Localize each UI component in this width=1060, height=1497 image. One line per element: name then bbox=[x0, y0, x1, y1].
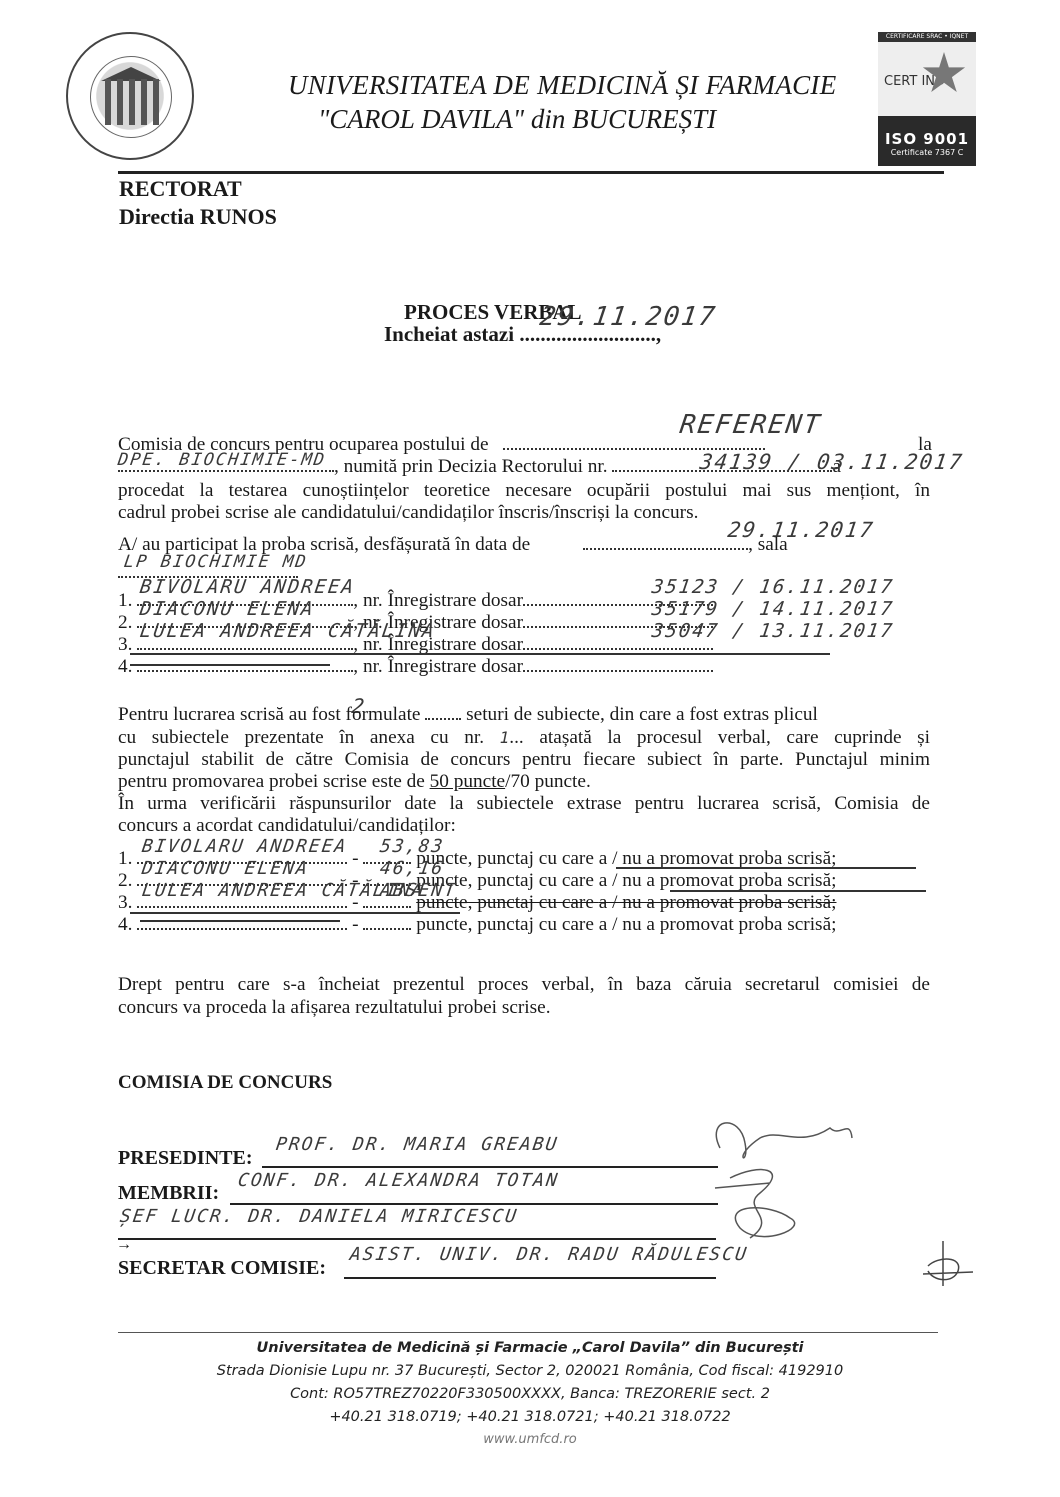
iso-standard: ISO 9001 bbox=[878, 130, 976, 148]
footer-university: Universitatea de Medicină și Farmacie „C… bbox=[0, 1340, 1060, 1356]
para2-line3: punctajul stabilit de către Comisia de c… bbox=[118, 749, 930, 771]
blank-strike-line bbox=[140, 920, 340, 922]
registration-label: , nr. Înregistrare dosar bbox=[353, 656, 523, 677]
text: cu subiectele prezentate în anexa cu nr. bbox=[118, 727, 484, 748]
result-outcome: puncte, punctaj cu care a / nu a promova… bbox=[416, 892, 836, 913]
university-seal-logo bbox=[66, 32, 194, 160]
closing-line1: Drept pentru care s-a încheiat prezentul… bbox=[118, 974, 930, 996]
candidate-name-field bbox=[137, 670, 353, 672]
result-row: 4. - puncte, punctaj cu care a / nu a pr… bbox=[118, 914, 836, 936]
secretary-line bbox=[344, 1277, 716, 1279]
candidate-row: 4. , nr. Înregistrare dosar bbox=[118, 656, 713, 678]
candidate-number: 1. bbox=[118, 590, 132, 611]
department-field bbox=[118, 470, 334, 472]
registration-field bbox=[523, 648, 713, 650]
para2-line4: pentru promovarea probei scrise este de … bbox=[118, 771, 591, 793]
sets-field bbox=[425, 718, 461, 720]
candidate-number: 3. bbox=[118, 634, 132, 655]
candidate-name-handwritten: BIVOLARU ANDREEA bbox=[138, 576, 356, 598]
para1-line4: cadrul probei scrise ale candidatului/ca… bbox=[118, 502, 698, 524]
score-field bbox=[363, 928, 411, 930]
min-score: 50 puncte bbox=[430, 771, 506, 792]
outcome-options: a / nu a promovat proba scrisă; bbox=[599, 914, 837, 935]
outcome-options: a / nu a promovat proba scrisă; bbox=[599, 870, 837, 891]
decision-handwritten: 34139 / 03.11.2017 bbox=[698, 450, 965, 474]
candidate-name-field bbox=[137, 648, 353, 650]
cert-number: Certificate 7367 C bbox=[878, 148, 976, 157]
registration-handwritten: 35047 / 13.11.2017 bbox=[650, 620, 895, 642]
registration-field bbox=[523, 670, 713, 672]
result-outcome: puncte, punctaj cu care a / nu a promova… bbox=[416, 870, 836, 891]
blank-strike-line bbox=[130, 664, 330, 666]
secretary-name: ASIST. UNIV. DR. RADU RĂDULESCU bbox=[349, 1244, 750, 1265]
concluded-label: Incheiat astazi bbox=[384, 322, 514, 346]
footer-website[interactable]: www.umfcd.ro bbox=[0, 1432, 1060, 1447]
para2-line5: În urma verificării răspunsurilor date l… bbox=[118, 793, 930, 815]
president-line bbox=[262, 1166, 718, 1168]
para1-line3: procedat la testarea cunoștiințelor teor… bbox=[118, 480, 930, 502]
result-number: 4. bbox=[118, 914, 132, 935]
result-name-handwritten: BIVOLARU ANDREEA bbox=[141, 836, 349, 857]
room-handwritten: LP BIOCHIMIE MD bbox=[123, 552, 309, 572]
outcome-options: a / nu a promovat proba scrisă; bbox=[599, 892, 837, 913]
para2-line1: Pentru lucrarea scrisă au fost formulate… bbox=[118, 704, 818, 726]
text: puncte, punctaj cu care bbox=[416, 914, 594, 935]
secretary-signature bbox=[918, 1236, 978, 1296]
registration-label: , nr. Înregistrare dosar bbox=[353, 590, 523, 611]
para2-line2: cu subiectele prezentate în anexa cu nr.… bbox=[118, 727, 930, 749]
score-handwritten: 53,83 bbox=[379, 836, 446, 857]
max-score: /70 puncte. bbox=[505, 771, 591, 792]
university-name-line1: UNIVERSITATEA DE MEDICINĂ ȘI FARMACIE bbox=[288, 70, 837, 101]
result-outcome: puncte, punctaj cu care a / nu a promova… bbox=[416, 848, 836, 869]
text: pentru promovarea probei scrise este de bbox=[118, 771, 425, 792]
score-handwritten: ABSENT bbox=[379, 880, 459, 901]
arrow-mark: → bbox=[116, 1236, 132, 1254]
result-name-field bbox=[137, 906, 347, 908]
university-name-line2: "CAROL DAVILA" din BUCUREȘTI bbox=[318, 104, 716, 135]
row3-underline bbox=[130, 653, 830, 655]
row2-underline bbox=[670, 890, 926, 892]
footer-account: Cont: RO57TREZ70220F330500XXXX, Banca: T… bbox=[0, 1386, 1060, 1402]
registration-handwritten: 35179 / 14.11.2017 bbox=[650, 598, 895, 620]
result-outcome: puncte, punctaj cu care a / nu a promova… bbox=[416, 914, 836, 935]
text: atașată la procesul verbal, care cuprind… bbox=[539, 727, 930, 748]
closing-line2: concurs va proceda la afișarea rezultatu… bbox=[118, 997, 551, 1019]
commission-heading: COMISIA DE CONCURS bbox=[118, 1072, 332, 1094]
annex-handwritten: 1 bbox=[500, 728, 510, 747]
text: , numită prin Decizia Rectorului nr. bbox=[334, 456, 608, 477]
department-label: RECTORAT bbox=[119, 176, 242, 202]
text: Pentru lucrarea scrisă au fost formulate bbox=[118, 704, 420, 725]
row1-underline bbox=[616, 867, 916, 869]
score-handwritten: 46,16 bbox=[379, 858, 446, 879]
text: seturi de subiecte, din care a fost extr… bbox=[466, 704, 818, 725]
para2-line6: concurs a acordat candidatului/candidați… bbox=[118, 815, 456, 837]
candidate-number: 2. bbox=[118, 612, 132, 633]
signature-scribble bbox=[700, 1108, 860, 1258]
result-number: 1. bbox=[118, 848, 132, 869]
footer-phones: +40.21 318.0719; +40.21 318.0721; +40.21… bbox=[0, 1409, 1060, 1425]
header-divider bbox=[118, 171, 944, 174]
members-label: MEMBRII: bbox=[118, 1182, 219, 1205]
footer-address: Strada Dionisie Lupu nr. 37 București, S… bbox=[0, 1363, 1060, 1379]
member2-name: ȘEF LUCR. DR. DANIELA MIRICESCU bbox=[119, 1206, 520, 1227]
directorate-label: Directia RUNOS bbox=[119, 204, 277, 230]
secretary-label: SECRETAR COMISIE: bbox=[118, 1257, 326, 1280]
result-name-field bbox=[137, 928, 347, 930]
concluded-date-handwritten: 29.11.2017 bbox=[538, 302, 719, 332]
score-field bbox=[363, 906, 411, 908]
result-number: 2. bbox=[118, 870, 132, 891]
seal-building-icon bbox=[90, 56, 172, 138]
outcome-options: a / nu a promovat proba scrisă; bbox=[599, 848, 837, 869]
iso-certification-badge: CERTIFICARE SRAC • IQNET CERT IND ISO 90… bbox=[878, 32, 976, 166]
text: , sala bbox=[748, 534, 788, 555]
president-label: PRESEDINTE: bbox=[118, 1147, 252, 1170]
president-name: PROF. DR. MARIA GREABU bbox=[275, 1134, 560, 1155]
member1-line bbox=[230, 1203, 718, 1205]
result-number: 3. bbox=[118, 892, 132, 913]
result-name-handwritten: DIACONU ELENA bbox=[141, 858, 311, 879]
member1-name: CONF. DR. ALEXANDRA TOTAN bbox=[237, 1170, 561, 1191]
footer-divider bbox=[118, 1332, 938, 1333]
registration-handwritten: 35123 / 16.11.2017 bbox=[650, 576, 895, 598]
row3-underline bbox=[130, 912, 460, 914]
candidate-name-handwritten: DIACONU ELENA bbox=[138, 598, 316, 620]
candidate-number: 4. bbox=[118, 656, 132, 677]
candidate-name-handwritten: LULEA ANDREEA CĂTĂLINA bbox=[138, 620, 437, 642]
member2-line bbox=[118, 1238, 716, 1240]
exam-date-field bbox=[583, 548, 748, 550]
